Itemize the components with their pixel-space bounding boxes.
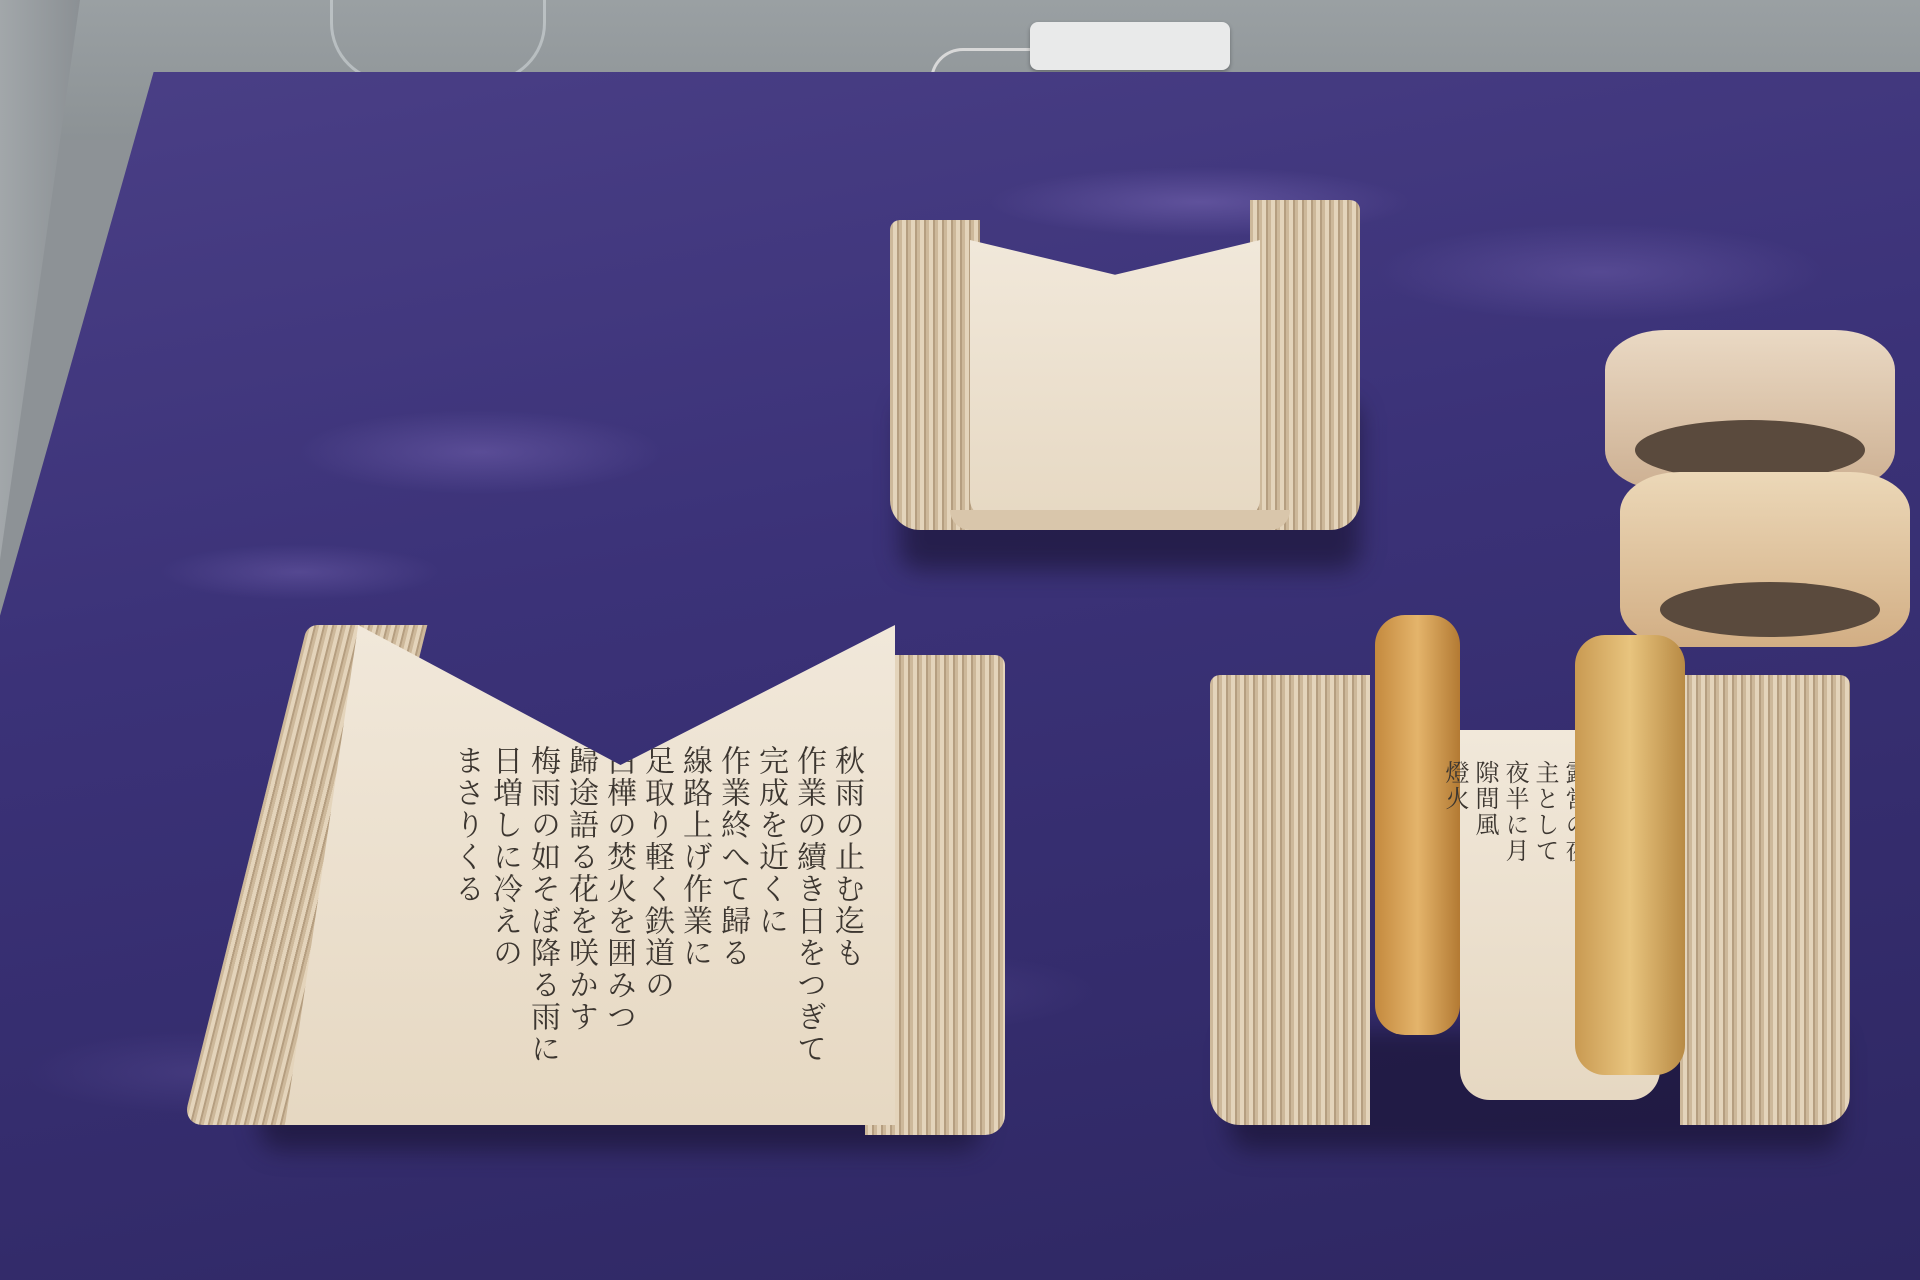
- center-book-right-pages: [1250, 200, 1360, 530]
- center-book: [890, 180, 1360, 560]
- right-book-curled-strip-right: [1575, 635, 1685, 1075]
- roll-upper: [1605, 330, 1895, 495]
- left-book: 秋雨の止む迄も 作業の續き日をつぎて 完成を近くに 作業終へて歸る 線路上げ作業…: [245, 605, 1005, 1155]
- environment-sensor: [1030, 22, 1230, 70]
- left-book-text: 秋雨の止む迄も 作業の續き日をつぎて 完成を近くに 作業終へて歸る 線路上げ作業…: [447, 745, 865, 1105]
- glass-vessel: [330, 0, 546, 83]
- roll-upper-opening: [1635, 420, 1865, 480]
- center-book-bottom-edge: [950, 510, 1290, 530]
- left-book-page: 秋雨の止む迄も 作業の續き日をつぎて 完成を近くに 作業終へて歸る 線路上げ作業…: [285, 625, 895, 1125]
- right-book: 十二月十五日 事態 露営の夜 主として 夜半に月 隙間風 燈火: [1210, 615, 1850, 1155]
- center-book-left-pages: [890, 220, 980, 530]
- right-book-left-pages: [1210, 675, 1370, 1125]
- center-book-page: [970, 240, 1260, 530]
- right-book-right-pages: [1680, 675, 1850, 1125]
